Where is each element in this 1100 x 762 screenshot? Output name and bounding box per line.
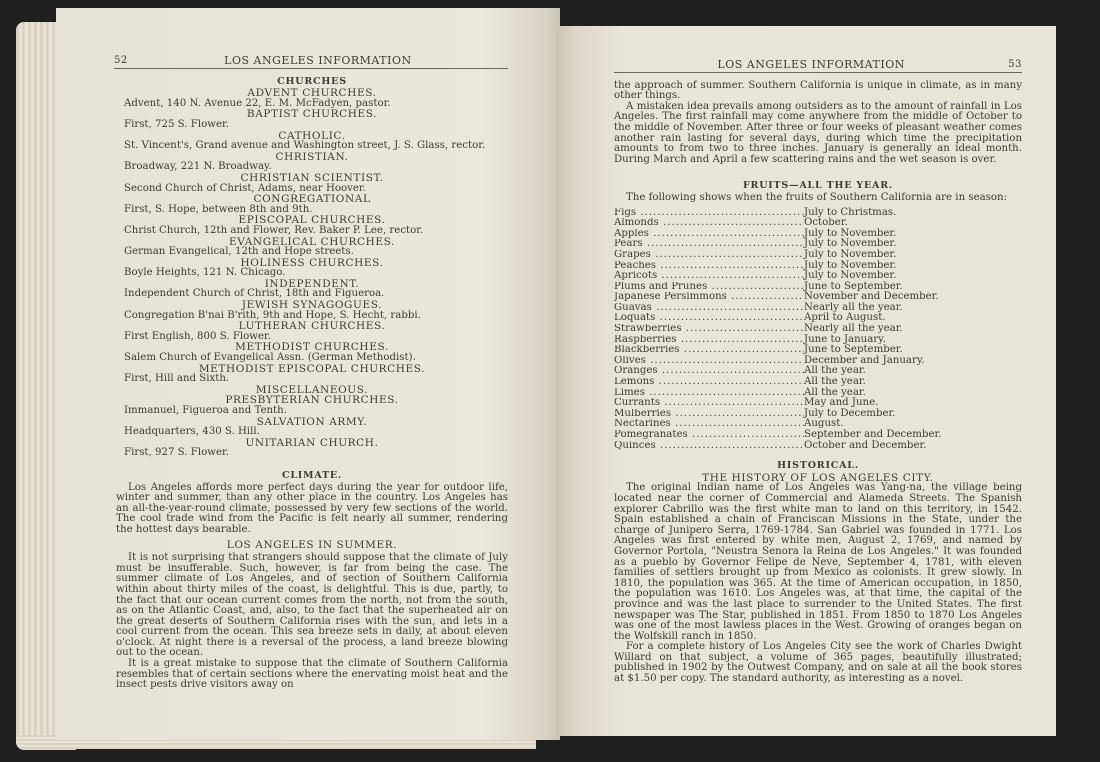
fruit-name: Plums and Prunes — [614, 282, 804, 293]
church-group-heading: CHRISTIAN SCIENTIST. — [116, 173, 508, 184]
section-heading-historical: HISTORICAL. — [614, 461, 1022, 472]
summer-paragraph-2: It is a great mistake to suppose that th… — [116, 659, 508, 691]
right-page: LOS ANGELES INFORMATION 53 the approach … — [556, 26, 1056, 736]
fruit-name: Apricots — [614, 271, 804, 282]
fruit-name: Guavas — [614, 303, 804, 314]
fruit-name: Peaches — [614, 261, 804, 272]
history-paragraph-1: The original Indian name of Los Angeles … — [614, 483, 1022, 642]
left-page-content: 52 LOS ANGELES INFORMATION CHURCHES ADVE… — [116, 56, 508, 691]
fruit-name: Almonds — [614, 218, 804, 229]
page-number: 52 — [114, 56, 128, 67]
right-page-content: LOS ANGELES INFORMATION 53 the approach … — [614, 60, 1022, 685]
section-heading-climate: CLIMATE. — [116, 471, 508, 482]
fruit-name: Pomegranates — [614, 430, 804, 441]
fruit-name: Raspberries — [614, 335, 804, 346]
left-page: 52 LOS ANGELES INFORMATION CHURCHES ADVE… — [56, 8, 560, 740]
fruit-row: PomegranatesSeptember and December. — [614, 430, 1022, 441]
section-heading-fruits: FRUITS—ALL THE YEAR. — [614, 181, 1022, 192]
fruit-name: Pears — [614, 239, 804, 250]
history-paragraph-2: For a complete history of Los Angeles Ci… — [614, 642, 1022, 684]
fruit-season: September and December. — [804, 430, 942, 441]
fruit-name: Currants — [614, 398, 804, 409]
church-entry: First, 927 S. Flower. — [124, 448, 508, 459]
church-entry: Christ Church, 12th and Flower, Rev. Bak… — [124, 226, 508, 237]
fruit-name: Oranges — [614, 366, 804, 377]
fruit-name: Japanese Persimmons — [614, 292, 804, 303]
church-list: ADVENT CHURCHES.Advent, 140 N. Avenue 22… — [116, 88, 508, 459]
fruit-name: Mulberries — [614, 409, 804, 420]
fruit-name: Figs — [614, 208, 804, 219]
fruit-name: Grapes — [614, 250, 804, 261]
continued-paragraph: the approach of summer. Southern Califor… — [614, 81, 1022, 102]
subheading-summer: LOS ANGELES IN SUMMER. — [116, 540, 508, 551]
fruits-intro: The following shows when the fruits of S… — [614, 193, 1022, 204]
fruit-name: Strawberries — [614, 324, 804, 335]
fruit-name: Nectarines — [614, 419, 804, 430]
section-heading-churches: CHURCHES — [116, 77, 508, 88]
fruit-name: Lemons — [614, 377, 804, 388]
summer-paragraph-1: It is not surprising that strangers shou… — [116, 553, 508, 659]
running-head-title: LOS ANGELES INFORMATION — [128, 56, 508, 67]
rainfall-paragraph: A mistaken idea prevails among outsiders… — [614, 102, 1022, 166]
fruit-name: Blackberries — [614, 345, 804, 356]
church-entry: Immanuel, Figueroa and Tenth. — [124, 406, 508, 417]
fruit-name: Quinces — [614, 441, 804, 452]
page-number: 53 — [1008, 60, 1022, 71]
fruit-name: Olives — [614, 356, 804, 367]
climate-paragraph: Los Angeles affords more perfect days du… — [116, 483, 508, 536]
fruit-row: GrapesJuly to November. — [614, 250, 1022, 261]
fruit-season-table: FigsJuly to Christmas.AlmondsOctober.App… — [614, 208, 1022, 452]
fruit-season: July to November. — [804, 250, 896, 261]
running-head-left: 52 LOS ANGELES INFORMATION — [114, 56, 508, 69]
running-head-title: LOS ANGELES INFORMATION — [614, 60, 1008, 71]
fruit-season: October and December. — [804, 441, 926, 452]
fruit-row: QuincesOctober and December. — [614, 441, 1022, 452]
fruit-name: Limes — [614, 388, 804, 399]
fruit-name: Apples — [614, 229, 804, 240]
fruit-name: Loquats — [614, 313, 804, 324]
church-entry: First, 725 S. Flower. — [124, 120, 508, 131]
running-head-right: LOS ANGELES INFORMATION 53 — [614, 60, 1022, 73]
